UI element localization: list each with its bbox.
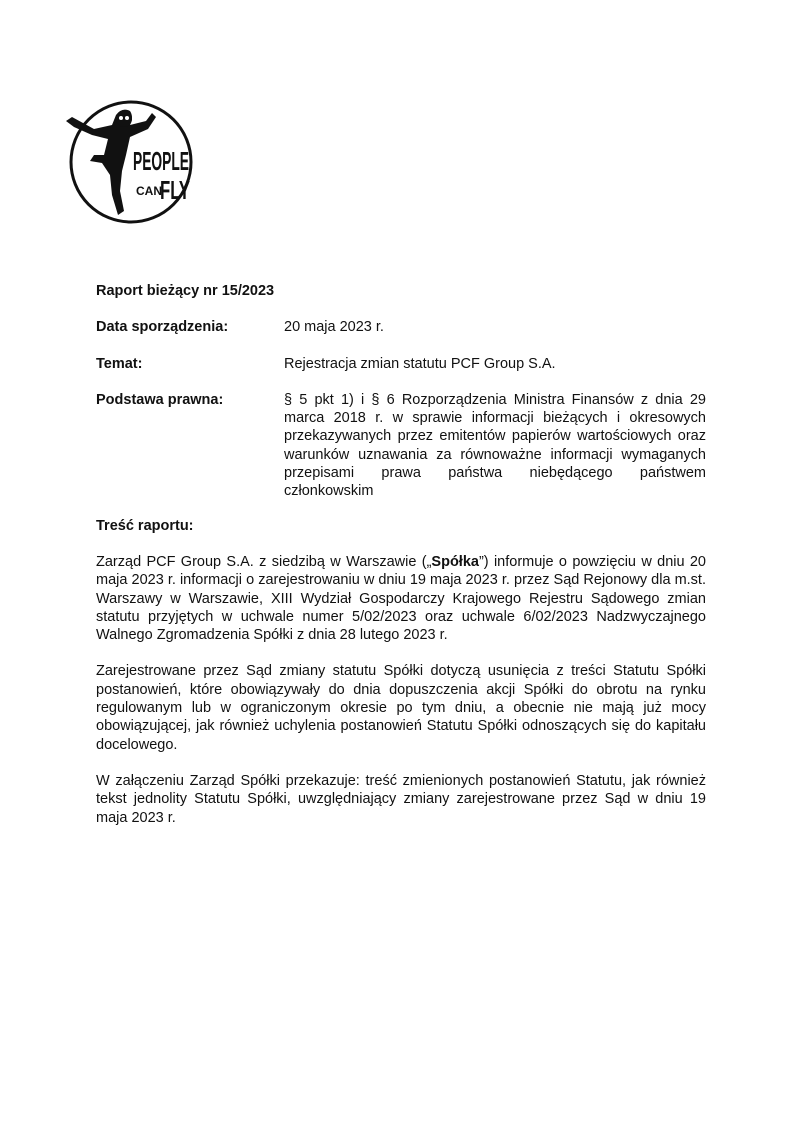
field-subject: Temat: Rejestracja zmian statutu PCF Gro… (96, 355, 706, 373)
svg-text:CAN: CAN (136, 184, 162, 198)
field-label: Data sporządzenia: (96, 318, 284, 336)
report-content: Raport bieżący nr 15/2023 Data sporządze… (96, 282, 706, 827)
field-value: Rejestracja zmian statutu PCF Group S.A. (284, 355, 706, 373)
paragraph-3: W załączeniu Zarząd Spółki przekazuje: t… (96, 772, 706, 827)
paragraph-2: Zarejestrowane przez Sąd zmiany statutu … (96, 662, 706, 753)
field-label: Podstawa prawna: (96, 391, 284, 501)
company-logo: PEOPLE CAN FLY (64, 99, 194, 225)
paragraph-1: Zarząd PCF Group S.A. z siedzibą w Warsz… (96, 553, 706, 644)
paragraph-text: Zarząd PCF Group S.A. z siedzibą w Warsz… (96, 554, 431, 570)
people-can-fly-logo-icon: PEOPLE CAN FLY (64, 99, 194, 225)
field-value: 20 maja 2023 r. (284, 318, 706, 336)
field-legal-basis: Podstawa prawna: § 5 pkt 1) i § 6 Rozpor… (96, 391, 706, 501)
field-value: § 5 pkt 1) i § 6 Rozporządzenia Ministra… (284, 391, 706, 501)
svg-text:FLY: FLY (160, 175, 190, 205)
report-title: Raport bieżący nr 15/2023 (96, 282, 706, 300)
field-date: Data sporządzenia: 20 maja 2023 r. (96, 318, 706, 336)
section-heading: Treść raportu: (96, 517, 706, 535)
svg-text:PEOPLE: PEOPLE (133, 146, 189, 176)
field-label: Temat: (96, 355, 284, 373)
defined-term: Spółka (431, 554, 479, 570)
